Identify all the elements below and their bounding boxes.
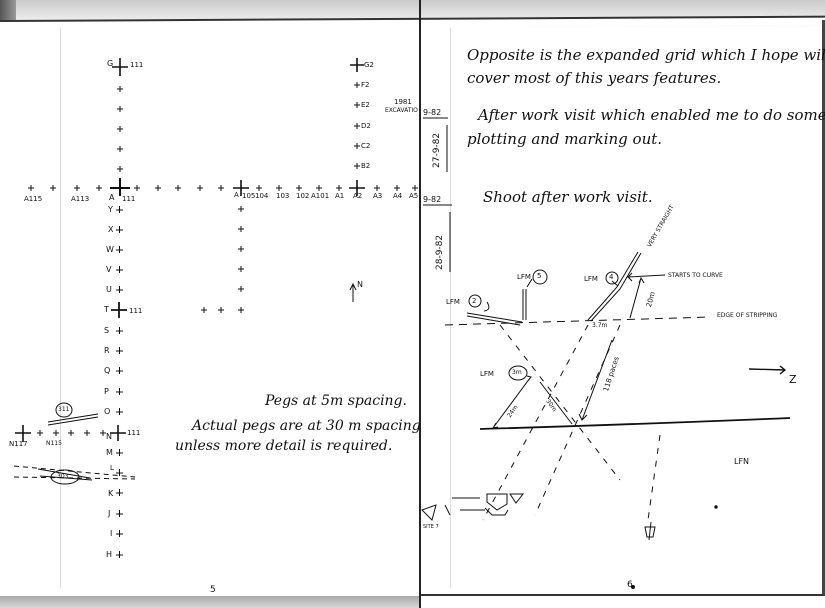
lfm-4-label: LFM (584, 275, 598, 283)
lfm-5-number: 5 (537, 272, 541, 280)
north-z-label: Z (789, 373, 797, 386)
site-sketch (0, 0, 825, 608)
distance-3-7m: 3.7m (592, 322, 607, 329)
site-7-label: SITE 7 (423, 524, 439, 530)
edge-of-stripping-label: EDGE OF STRIPPING (717, 312, 777, 319)
lfm-3-number: 3m (512, 369, 522, 376)
starts-to-curve-label: STARTS TO CURVE (668, 272, 723, 279)
lfm-3-label: LFM (480, 370, 494, 378)
lfm-4-number: 4 (609, 273, 613, 281)
lfn-label: LFN (734, 457, 749, 466)
page-number-right: 6 (627, 580, 633, 590)
lfm-5-label: LFM (517, 273, 531, 281)
lfm-2-label: LFM (446, 298, 460, 306)
lfm-2-number: 2 (472, 297, 476, 305)
